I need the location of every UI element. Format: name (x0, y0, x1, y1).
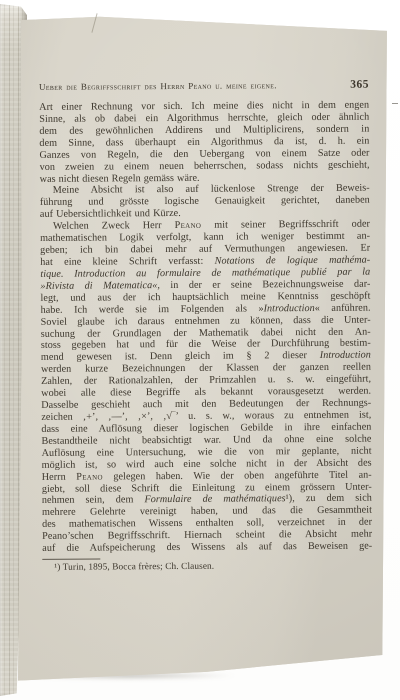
footnote: ¹) Turin, 1895, Bocca frères; Ch. Clause… (42, 561, 372, 574)
text-run: auf Uebersichtlichkeit und Kürze. (40, 208, 181, 220)
text-run: Peano (76, 471, 103, 482)
text-line: auf die Aufspeicherung des Wissens als a… (42, 541, 372, 555)
text-run: Notations de logique mathéma- (215, 255, 371, 267)
text-run: ¹), zu dem sich (286, 493, 372, 505)
text-run: führung und grösste logische Genauigkeit… (40, 195, 370, 208)
text-run: mend gewesen ist. Denn gleich im § 2 die… (41, 350, 320, 363)
running-title: Ueber die Begriffsschrift des Herrn Pean… (39, 80, 277, 92)
book-page: Ueber die Begriffsschrift des Herrn Pean… (8, 12, 390, 686)
text-run: Welchen Zweck Herr (53, 220, 175, 232)
text-run: Peano (175, 220, 202, 231)
text-run: Meine Absicht ist also auf lückenlose St… (53, 183, 370, 196)
book-photo: Ueber die Begriffsschrift des Herrn Pean… (0, 0, 400, 700)
text-run: von zweien zu einem neuen beherrschen, s… (40, 159, 370, 172)
text-run: Introduction (264, 303, 315, 314)
text-run: hat eine kleine Schrift verfasst: (40, 256, 214, 268)
text-run: »Rivista di Matematica« (40, 280, 157, 292)
page-number: 365 (350, 79, 369, 91)
text-run: habe. Ich werde sie im Folgenden als » (41, 303, 264, 316)
text-run: was nicht diesen Regeln gemäss wäre. (40, 172, 200, 184)
text-run: mit seiner Begriffsschrift oder (201, 219, 370, 231)
text-run: Formulaire de mathématiques (144, 494, 285, 506)
text-run: nehmen sein, dem (42, 495, 145, 507)
running-header: Ueber die Begriffsschrift des Herrn Pean… (39, 79, 369, 93)
text-line: von zweien zu einem neuen beherrschen, s… (40, 159, 370, 173)
text-run: « anführen. (315, 302, 371, 313)
text-run: Introduction (320, 350, 371, 361)
page-text: Art einer Rechnung vor sich. Ich meine d… (39, 100, 372, 555)
text-run: gelegen haben. Wie der oben angeführte T… (103, 469, 372, 482)
text-run: Herrn (42, 471, 77, 482)
text-run: auf die Aufspeicherung des Wissens als a… (42, 541, 372, 554)
printed-content: Ueber die Begriffsschrift des Herrn Pean… (39, 79, 372, 574)
footnote-separator (42, 559, 100, 560)
text-run: , in der er seine Bezeichnungsweise dar- (157, 278, 370, 290)
edge-mark (392, 103, 398, 104)
